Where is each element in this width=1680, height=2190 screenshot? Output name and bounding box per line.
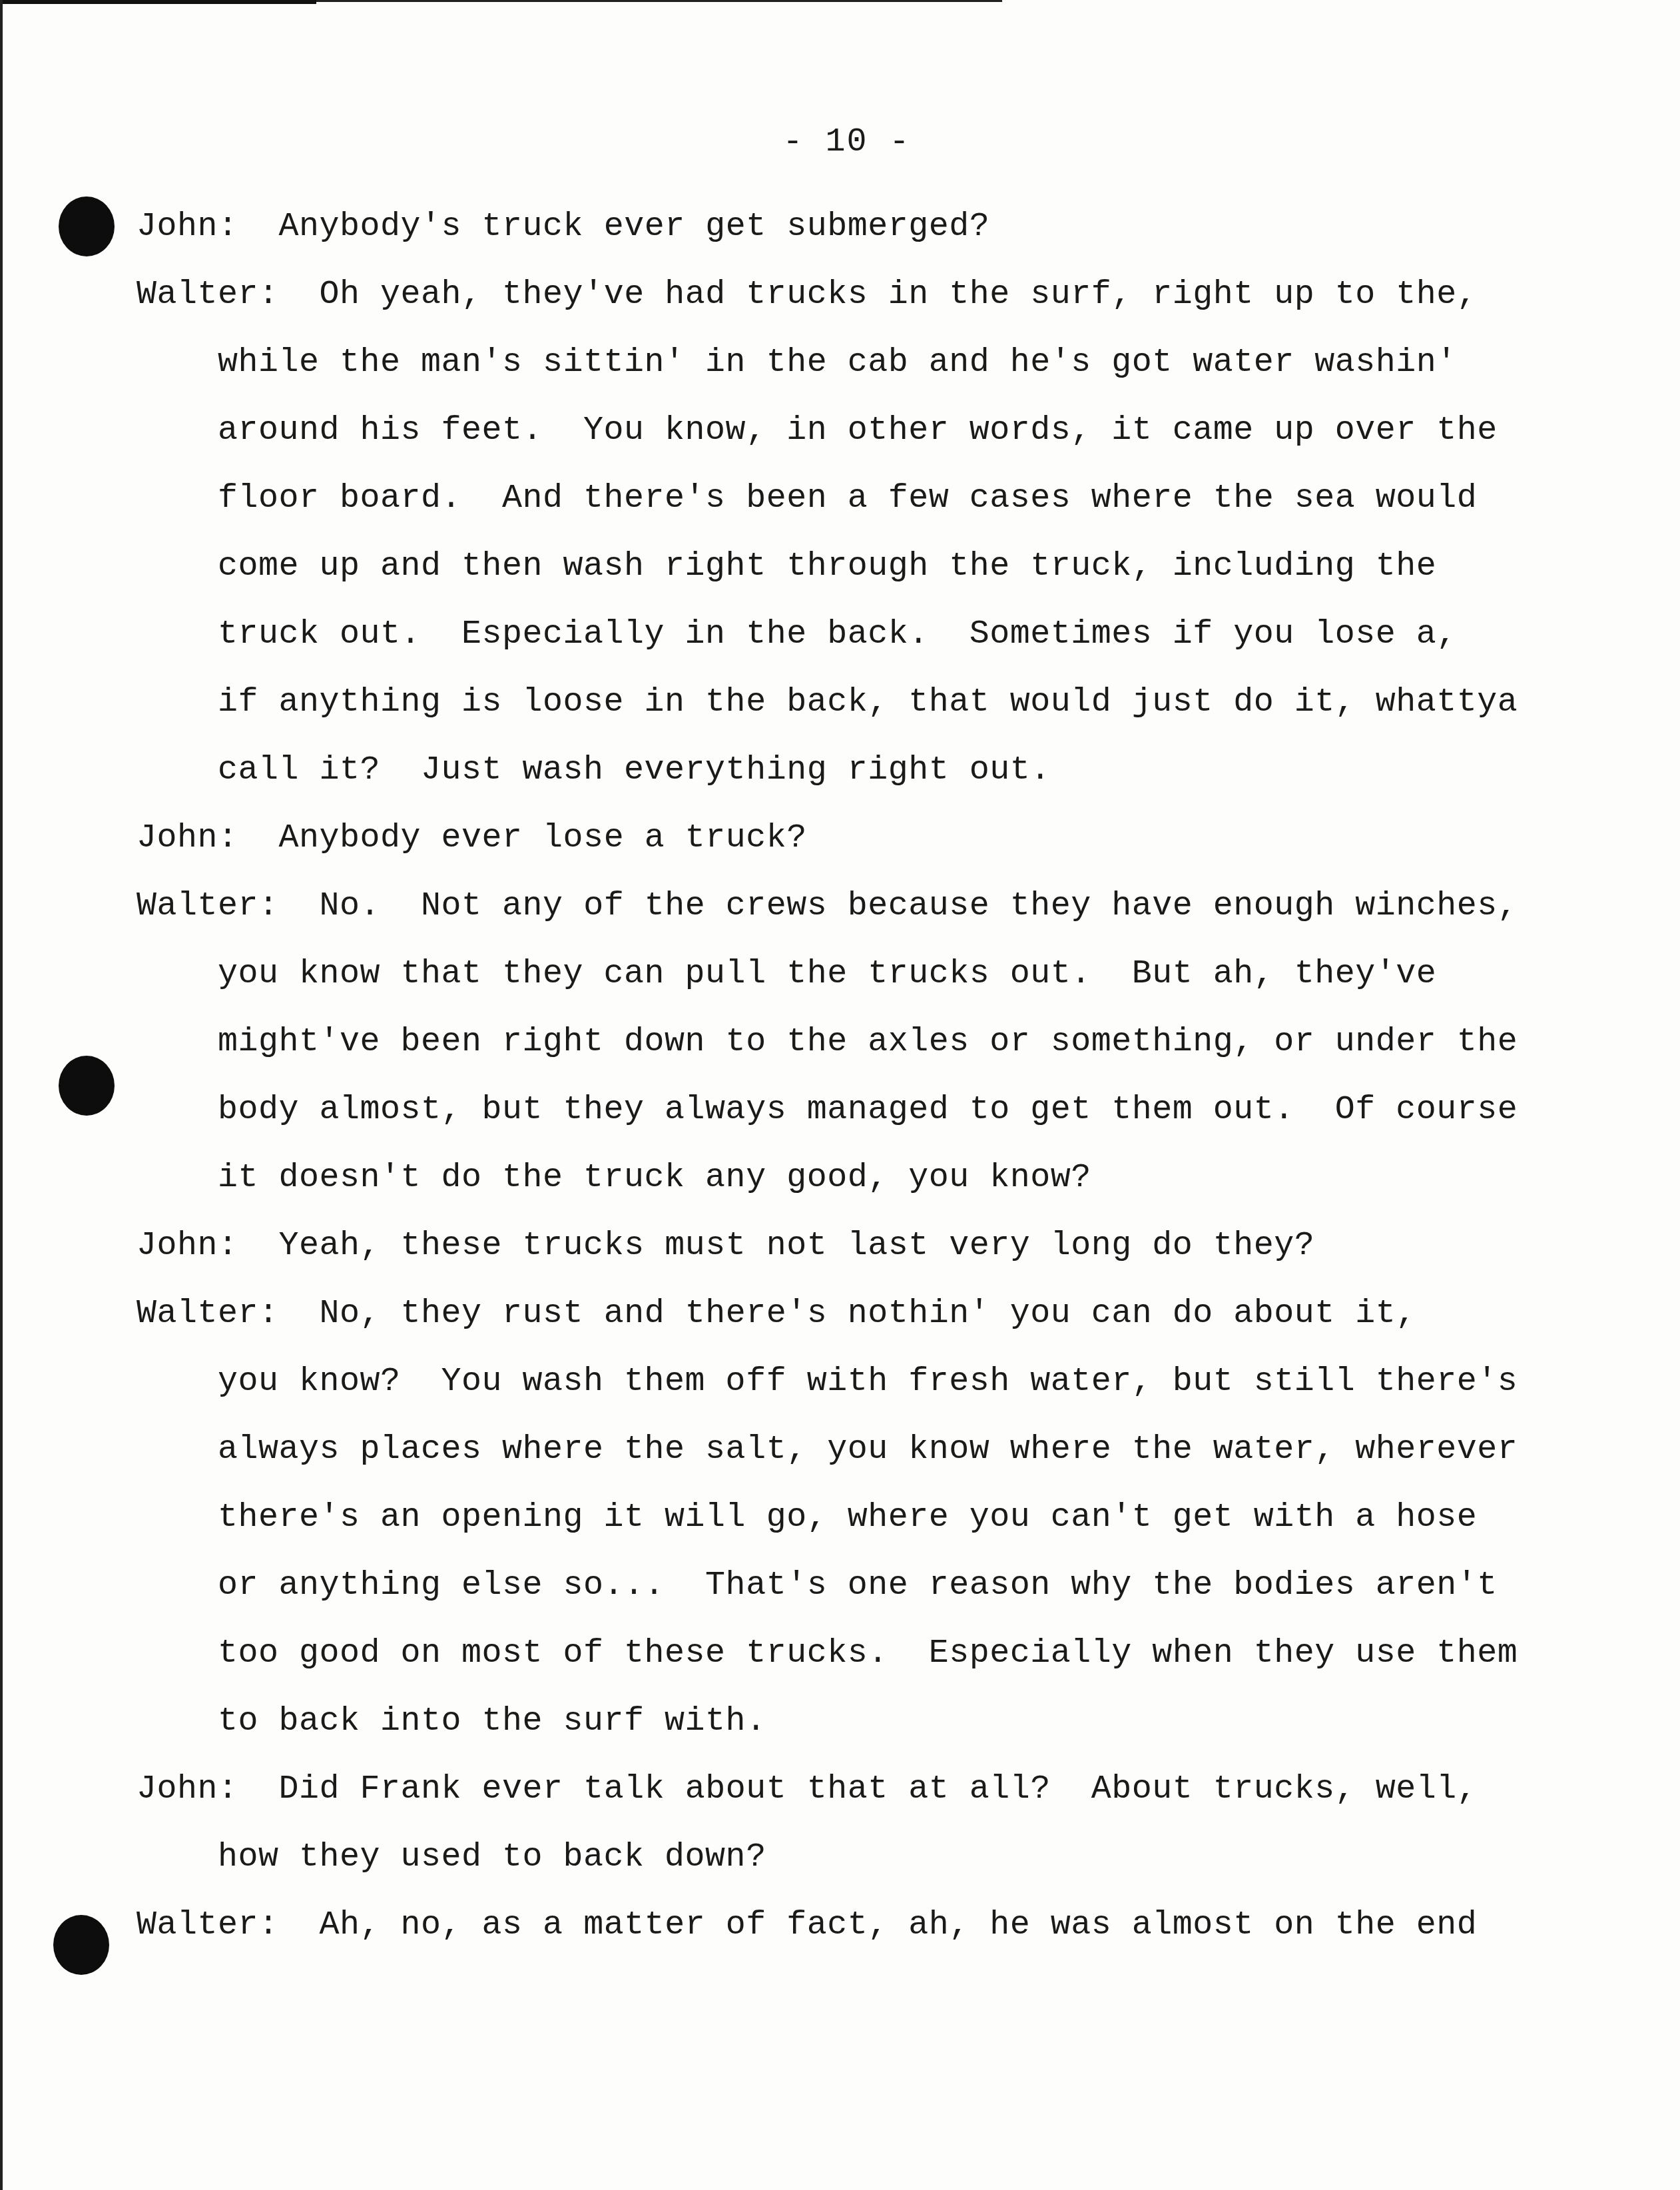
speaker-label: Walter: [137, 1892, 279, 1960]
continuation-line: how they used to back down? [137, 1824, 1601, 1892]
continuation-line: you know that they can pull the trucks o… [137, 940, 1601, 1008]
speaker-label: John: [137, 1212, 238, 1280]
speaker-label: John: [137, 193, 238, 261]
speaker-turn-line: Walter: No, they rust and there's nothin… [137, 1280, 1601, 1348]
utterance-text: Anybody ever lose a truck? [279, 819, 807, 857]
utterance-text: it doesn't do the truck any good, you kn… [218, 1159, 1091, 1197]
continuation-line: you know? You wash them off with fresh w… [137, 1348, 1601, 1416]
utterance-text: Yeah, these trucks must not last very lo… [279, 1227, 1315, 1265]
utterance-text: Oh yeah, they've had trucks in the surf,… [320, 276, 1478, 314]
continuation-line: or anything else so... That's one reason… [137, 1552, 1601, 1620]
speaker-label: Walter: [137, 873, 279, 940]
speaker-label: Walter: [137, 261, 279, 329]
transcript-body: John: Anybody's truck ever get submerged… [137, 193, 1601, 1960]
speaker-turn-line: Walter: No. Not any of the crews because… [137, 873, 1601, 940]
scan-border-top-thick [0, 0, 316, 4]
utterance-text: truck out. Especially in the back. Somet… [218, 615, 1457, 653]
utterance-text: always places where the salt, you know w… [218, 1431, 1518, 1469]
scan-border-left [0, 0, 3, 2190]
continuation-line: to back into the surf with. [137, 1688, 1601, 1756]
continuation-line: always places where the salt, you know w… [137, 1416, 1601, 1484]
utterance-text: floor board. And there's been a few case… [218, 480, 1477, 518]
continuation-line: come up and then wash right through the … [137, 533, 1601, 601]
utterance-text: call it? Just wash everything right out. [218, 751, 1051, 789]
utterance-text: you know? You wash them off with fresh w… [218, 1363, 1518, 1401]
punch-hole-top [59, 196, 115, 256]
continuation-line: if anything is loose in the back, that w… [137, 669, 1601, 737]
utterance-text: if anything is loose in the back, that w… [218, 683, 1518, 721]
utterance-text: come up and then wash right through the … [218, 547, 1436, 585]
speaker-turn-line: John: Anybody ever lose a truck? [137, 805, 1601, 873]
utterance-text: Ah, no, as a matter of fact, ah, he was … [320, 1906, 1478, 1944]
continuation-line: too good on most of these trucks. Especi… [137, 1620, 1601, 1688]
utterance-text: body almost, but they always managed to … [218, 1091, 1518, 1129]
continuation-line: floor board. And there's been a few case… [137, 465, 1601, 533]
utterance-text: Anybody's truck ever get submerged? [279, 208, 990, 246]
speaker-turn-line: John: Anybody's truck ever get submerged… [137, 193, 1601, 261]
utterance-text: around his feet. You know, in other word… [218, 412, 1498, 450]
speaker-turn-line: John: Did Frank ever talk about that at … [137, 1756, 1601, 1824]
continuation-line: might've been right down to the axles or… [137, 1008, 1601, 1076]
speaker-label: John: [137, 1756, 238, 1824]
utterance-text: there's an opening it will go, where you… [218, 1499, 1477, 1537]
scan-border-top-thin [316, 0, 1002, 2]
speaker-label: John: [137, 805, 238, 873]
continuation-line: call it? Just wash everything right out. [137, 737, 1601, 805]
utterance-text: might've been right down to the axles or… [218, 1023, 1518, 1061]
continuation-line: it doesn't do the truck any good, you kn… [137, 1144, 1601, 1212]
continuation-line: while the man's sittin' in the cab and h… [137, 329, 1601, 397]
continuation-line: body almost, but they always managed to … [137, 1076, 1601, 1144]
speaker-turn-line: Walter: Ah, no, as a matter of fact, ah,… [137, 1892, 1601, 1960]
page-number: - 10 - [0, 123, 1680, 161]
speaker-turn-line: Walter: Oh yeah, they've had trucks in t… [137, 261, 1601, 329]
utterance-text: No, they rust and there's nothin' you ca… [320, 1295, 1416, 1333]
utterance-text: or anything else so... That's one reason… [218, 1567, 1498, 1605]
utterance-text: to back into the surf with. [218, 1702, 766, 1740]
utterance-text: Did Frank ever talk about that at all? A… [279, 1770, 1478, 1808]
speaker-turn-line: John: Yeah, these trucks must not last v… [137, 1212, 1601, 1280]
utterance-text: while the man's sittin' in the cab and h… [218, 344, 1457, 382]
speaker-label: Walter: [137, 1280, 279, 1348]
continuation-line: around his feet. You know, in other word… [137, 397, 1601, 465]
utterance-text: you know that they can pull the trucks o… [218, 955, 1436, 993]
utterance-text: No. Not any of the crews because they ha… [320, 887, 1518, 925]
punch-hole-middle [59, 1056, 115, 1116]
punch-hole-bottom [53, 1915, 109, 1975]
utterance-text: how they used to back down? [218, 1838, 766, 1876]
utterance-text: too good on most of these trucks. Especi… [218, 1635, 1518, 1672]
continuation-line: there's an opening it will go, where you… [137, 1484, 1601, 1552]
continuation-line: truck out. Especially in the back. Somet… [137, 601, 1601, 669]
